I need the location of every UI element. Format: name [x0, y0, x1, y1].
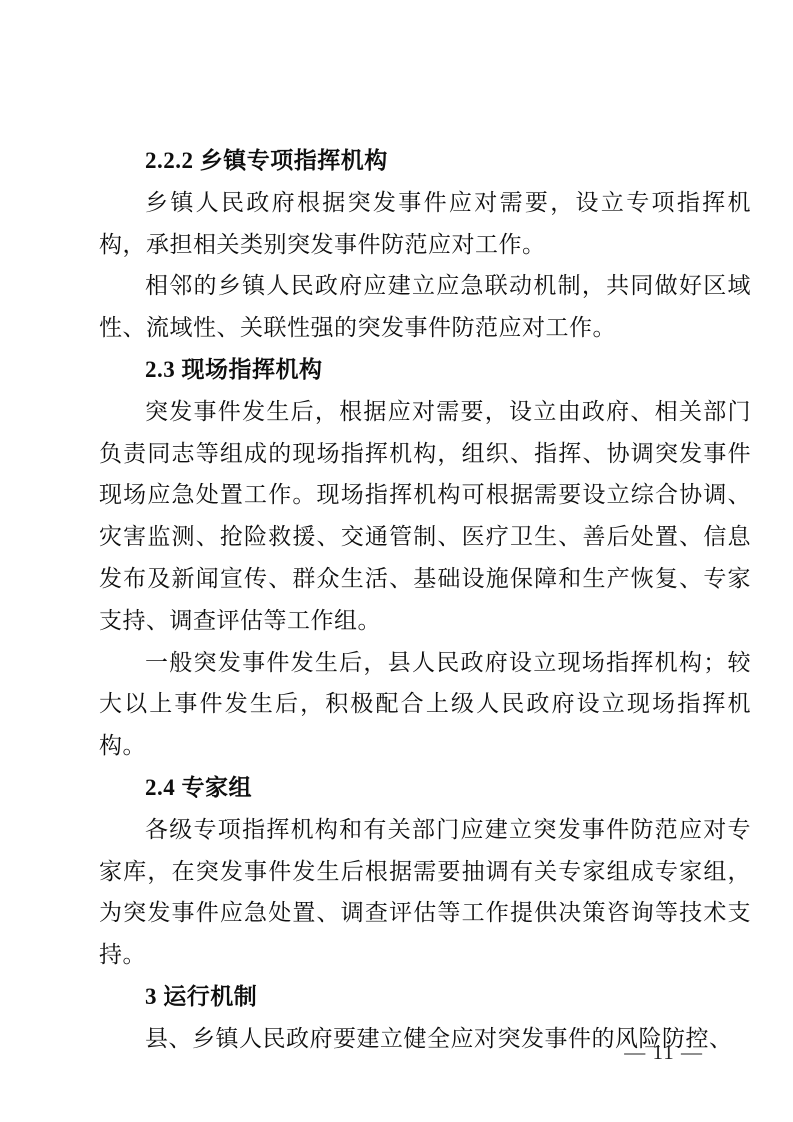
paragraph: 相邻的乡镇人民政府应建立应急联动机制，共同做好区域性、流域性、关联性强的突发事件…: [99, 265, 751, 349]
document-page: 2.2.2 乡镇专项指挥机构 乡镇人民政府根据突发事件应对需要，设立专项指挥机构…: [0, 0, 793, 1122]
paragraph: 乡镇人民政府根据突发事件应对需要，设立专项指挥机构，承担相关类别突发事件防范应对…: [99, 182, 751, 266]
paragraph: 一般突发事件发生后，县人民政府设立现场指挥机构；较大以上事件发生后，积极配合上级…: [99, 642, 751, 767]
paragraph: 突发事件发生后，根据应对需要，设立由政府、相关部门负责同志等组成的现场指挥机构，…: [99, 391, 751, 642]
section-heading-3: 3 运行机制: [99, 976, 751, 1018]
section-heading-2-3: 2.3 现场指挥机构: [99, 349, 751, 391]
paragraph: 各级专项指挥机构和有关部门应建立突发事件防范应对专家库，在突发事件发生后根据需要…: [99, 809, 751, 976]
section-heading-2-4: 2.4 专家组: [99, 767, 751, 809]
page-number: — 11 —: [624, 1040, 703, 1064]
section-heading-2-2-2: 2.2.2 乡镇专项指挥机构: [99, 140, 751, 182]
document-content: 2.2.2 乡镇专项指挥机构 乡镇人民政府根据突发事件应对需要，设立专项指挥机构…: [99, 140, 751, 1060]
